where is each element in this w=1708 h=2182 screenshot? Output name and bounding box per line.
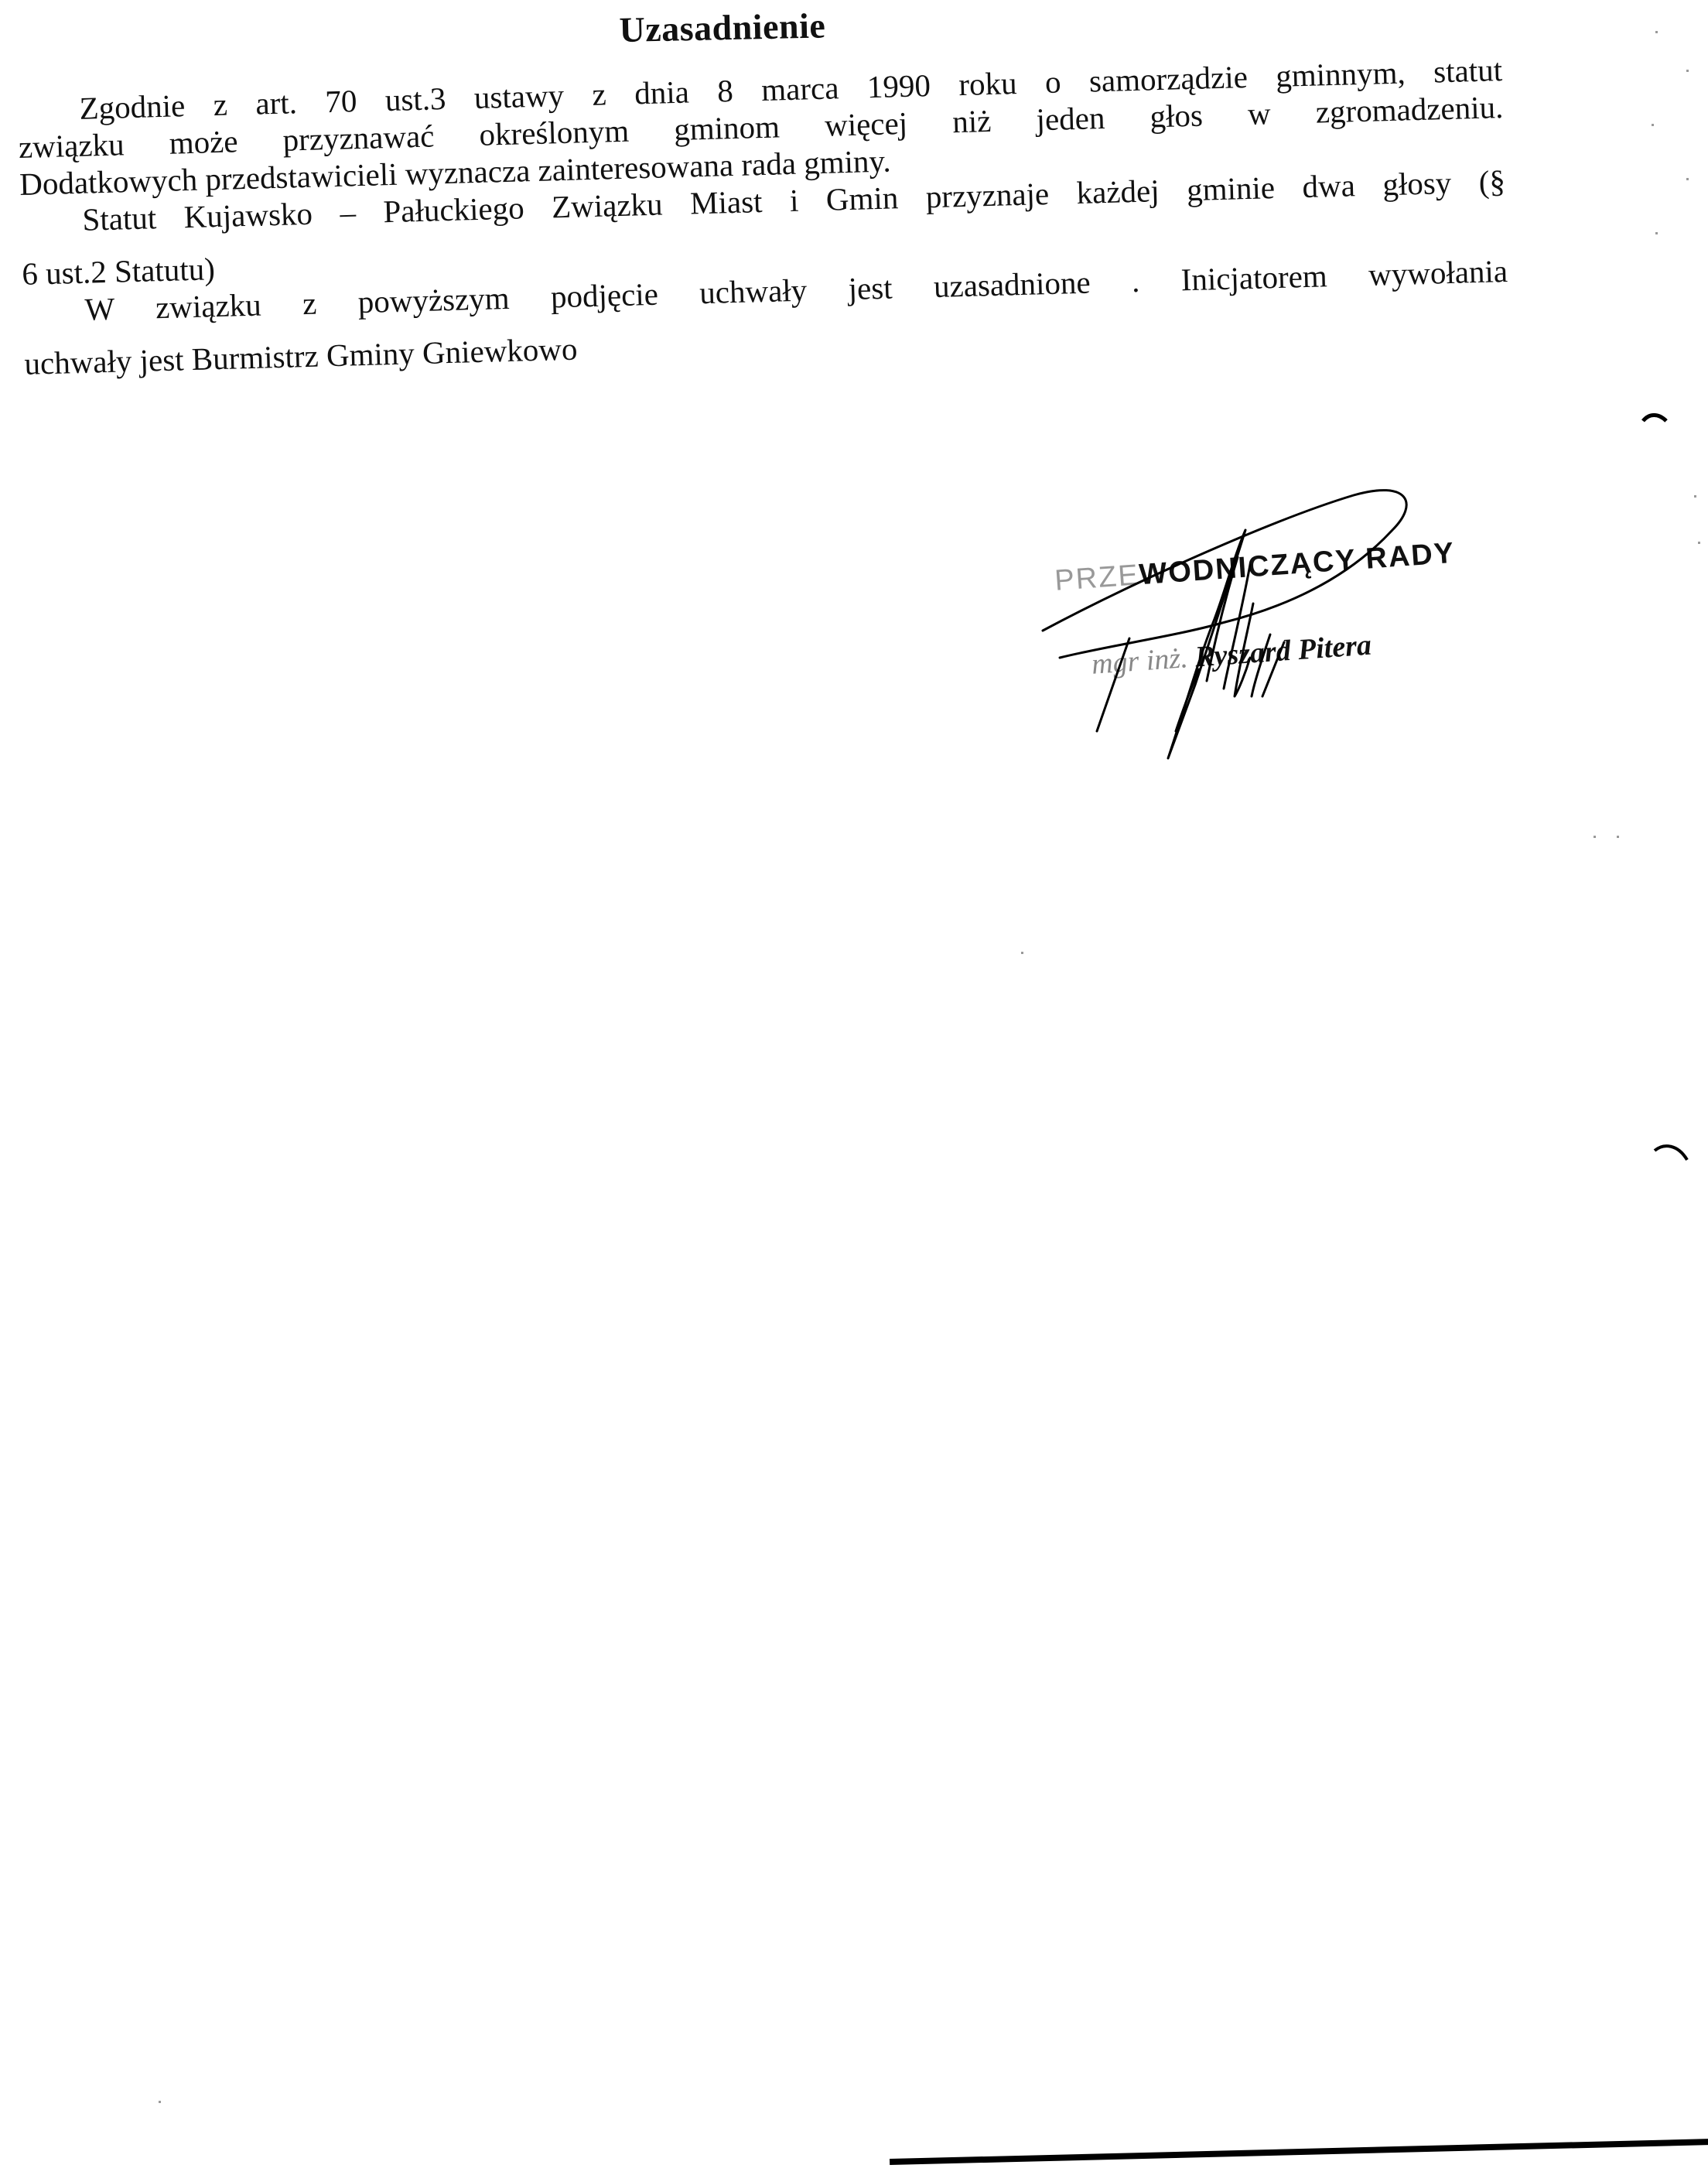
scan-speck — [1655, 232, 1658, 234]
stamp-title-main: WODNICZĄCY RADY — [1138, 537, 1456, 591]
scan-speck — [1594, 836, 1596, 838]
stamp-name-prefix: mgr inż. — [1091, 641, 1189, 681]
scan-speck — [1686, 178, 1689, 180]
scan-speck — [1617, 836, 1619, 838]
scan-speck — [1698, 542, 1700, 544]
chairman-stamp: PRZEWODNICZĄCY RADY mgr inż. Ryszard Pit… — [1052, 511, 1496, 712]
page-edge-line — [890, 2139, 1708, 2165]
scan-speck — [1686, 70, 1689, 72]
scan-mark-icon — [1640, 410, 1671, 426]
stamp-name-main: Ryszard Pitera — [1194, 629, 1372, 674]
scan-mark-icon — [1652, 1141, 1690, 1165]
stamp-title-faded: PRZE — [1054, 559, 1140, 597]
document-title: Uzasadnienie — [619, 5, 826, 50]
stamp-name: mgr inż. Ryszard Pitera — [1091, 628, 1373, 682]
scan-speck — [1694, 495, 1696, 498]
scan-speck — [1655, 31, 1658, 33]
scan-speck — [1652, 124, 1654, 126]
document-body: Zgodnie z art. 70 ust.3 ustawy z dnia 8 … — [17, 51, 1509, 382]
scanned-document-page: Uzasadnienie Zgodnie z art. 70 ust.3 ust… — [0, 0, 1708, 2182]
stamp-title: PRZEWODNICZĄCY RADY — [1054, 537, 1456, 598]
scan-speck — [159, 2101, 161, 2103]
scan-speck — [1021, 952, 1023, 954]
